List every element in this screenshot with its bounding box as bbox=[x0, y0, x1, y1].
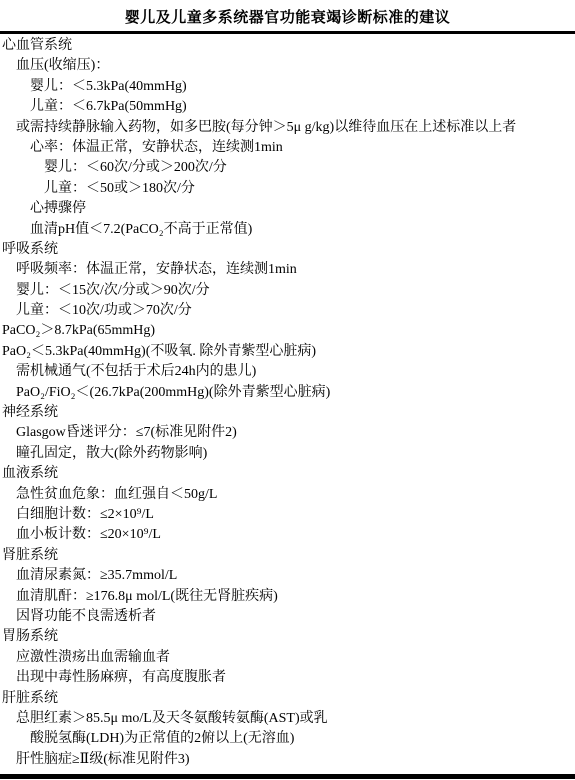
document-line: 因肾功能不良需透析者 bbox=[0, 607, 575, 627]
document-line: PaO₂＜5.3kPa(40mmHg)(不吸氧. 除外青紫型心脏病) bbox=[0, 342, 575, 362]
bottom-divider bbox=[0, 774, 575, 779]
document-line: 或需持续静脉输入药物，如多巴胺(每分钟＞5μ g/kg)以维待血压在上述标准以上… bbox=[0, 118, 575, 138]
document-line: 血清pH值＜7.2(PaCO₂不高于正常值) bbox=[0, 220, 575, 240]
document-line: 婴儿：＜60次/分或＞200次/分 bbox=[0, 158, 575, 178]
document-line: 白细胞计数：≤2×10⁹/L bbox=[0, 505, 575, 525]
document-line: 血小板计数：≤20×10⁹/L bbox=[0, 525, 575, 545]
document-page: 婴儿及儿童多系统器官功能衰竭诊断标准的建议 心血管系统血压(收缩压)：婴儿：＜5… bbox=[0, 0, 575, 780]
document-body: 心血管系统血压(收缩压)：婴儿：＜5.3kPa(40mmHg)儿童：＜6.7kP… bbox=[0, 34, 575, 770]
document-line: 儿童：＜10次/功或＞70次/分 bbox=[0, 301, 575, 321]
document-line: 呼吸频率：体温正常，安静状态，连续测1min bbox=[0, 260, 575, 280]
document-line: 儿童：＜6.7kPa(50mmHg) bbox=[0, 97, 575, 117]
document-line: 心搏骤停 bbox=[0, 199, 575, 219]
document-line: 血压(收缩压)： bbox=[0, 56, 575, 76]
document-line: Glasgow昏迷评分：≤7(标准见附件2) bbox=[0, 423, 575, 443]
document-line: 血液系统 bbox=[0, 464, 575, 484]
page-title: 婴儿及儿童多系统器官功能衰竭诊断标准的建议 bbox=[0, 0, 575, 29]
document-line: 肝脏系统 bbox=[0, 689, 575, 709]
document-line: 心血管系统 bbox=[0, 36, 575, 56]
document-line: 血清肌酐：≥176.8μ mol/L(既往无肾脏疾病) bbox=[0, 587, 575, 607]
document-line: 瞳孔固定，散大(除外药物影响) bbox=[0, 444, 575, 464]
document-line: 血清尿素氮：≥35.7mmol/L bbox=[0, 566, 575, 586]
document-line: 儿童：＜50或＞180次/分 bbox=[0, 179, 575, 199]
document-line: 需机械通气(不包括于术后24h内的患儿) bbox=[0, 362, 575, 382]
document-line: PaCO₂＞8.7kPa(65mmHg) bbox=[0, 321, 575, 341]
document-line: PaO₂/FiO₂＜(26.7kPa(200mmHg)(除外青紫型心脏病) bbox=[0, 383, 575, 403]
document-line: 呼吸系统 bbox=[0, 240, 575, 260]
document-line: 肾脏系统 bbox=[0, 546, 575, 566]
document-line: 婴儿：＜15次/次/分或＞90次/分 bbox=[0, 281, 575, 301]
document-line: 应激性溃疡出血需输血者 bbox=[0, 648, 575, 668]
document-line: 心率：体温正常，安静状态，连续测1min bbox=[0, 138, 575, 158]
document-line: 急性贫血危象：血红强自＜50g/L bbox=[0, 485, 575, 505]
document-line: 肝性脑症≥Ⅱ级(标准见附件3) bbox=[0, 750, 575, 770]
document-line: 总胆红素＞85.5μ mo/L及天冬氨酸转氨酶(AST)或乳 bbox=[0, 709, 575, 729]
document-line: 神经系统 bbox=[0, 403, 575, 423]
document-line: 酸脱氢酶(LDH)为正常值的2俯以上(无溶血) bbox=[0, 729, 575, 749]
document-line: 出现中毒性肠麻痹，有高度腹胀者 bbox=[0, 668, 575, 688]
document-line: 胃肠系统 bbox=[0, 627, 575, 647]
document-line: 婴儿：＜5.3kPa(40mmHg) bbox=[0, 77, 575, 97]
